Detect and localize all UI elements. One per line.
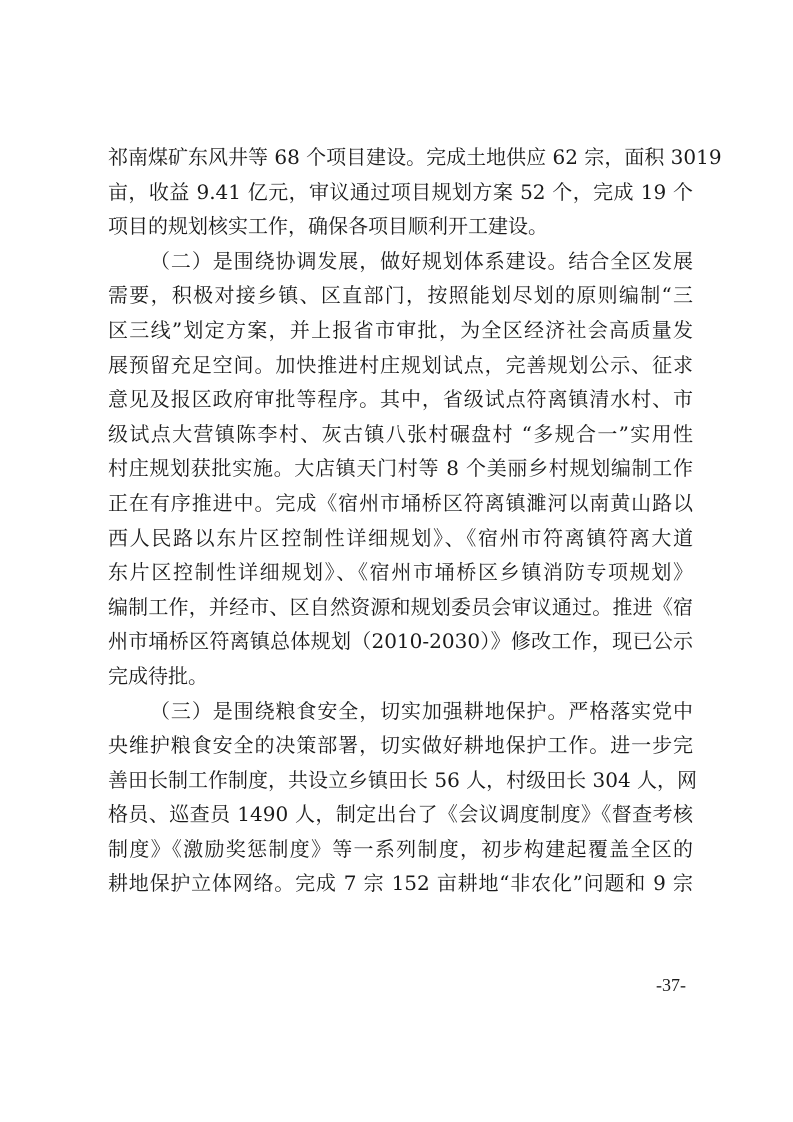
document-page: 祁南煤矿东风井等 68 个项目建设。完成土地供应 62 宗，面积 3019 亩，…: [0, 0, 793, 1122]
text-line: 区三线”划定方案，并上报省市审批，为全区经济社会高质量发: [108, 313, 693, 348]
text-line: 祁南煤矿东风井等 68 个项目建设。完成土地供应 62 宗，面积 3019: [108, 140, 693, 175]
text-line: 东片区控制性详细规划》、《宿州市埇桥区乡镇消防专项规划》: [108, 555, 693, 590]
section-heading-line: （二）是围绕协调发展，做好规划体系建设。结合全区发展: [108, 244, 693, 279]
text-line: 项目的规划核实工作，确保各项目顺利开工建设。: [108, 209, 693, 244]
text-line: 制度》《激励奖惩制度》等一系列制度，初步构建起覆盖全区的: [108, 832, 693, 867]
section-heading-line: （三）是围绕粮食安全，切实加强耕地保护。严格落实党中: [108, 694, 693, 729]
text-line: 展预留充足空间。加快推进村庄规划试点，完善规划公示、征求: [108, 348, 693, 383]
text-line: 村庄规划获批实施。大店镇天门村等 8 个美丽乡村规划编制工作: [108, 451, 693, 486]
text-line: 善田长制工作制度，共设立乡镇田长 56 人，村级田长 304 人，网: [108, 763, 693, 798]
text-line: 需要，积极对接乡镇、区直部门，按照能划尽划的原则编制“三: [108, 278, 693, 313]
page-number: -37-: [656, 975, 686, 996]
text-line: 级试点大营镇陈李村、灰古镇八张村碾盘村 “多规合一”实用性: [108, 417, 693, 452]
text-line: 意见及报区政府审批等程序。其中，省级试点符离镇清水村、市: [108, 382, 693, 417]
text-line: 央维护粮食安全的决策部署，切实做好耕地保护工作。进一步完: [108, 728, 693, 763]
text-line: 编制工作，并经市、区自然资源和规划委员会审议通过。推进《宿: [108, 590, 693, 625]
text-line: 正在有序推进中。完成《宿州市埇桥区符离镇濉河以南黄山路以: [108, 486, 693, 521]
body-text: 祁南煤矿东风井等 68 个项目建设。完成土地供应 62 宗，面积 3019 亩，…: [108, 140, 693, 901]
text-line: 西人民路以东片区控制性详细规划》、《宿州市符离镇符离大道: [108, 521, 693, 556]
text-line: 亩，收益 9.41 亿元，审议通过项目规划方案 52 个，完成 19 个: [108, 175, 693, 210]
text-line: 格员、巡查员 1490 人，制定出台了《会议调度制度》《督查考核: [108, 797, 693, 832]
text-line: 州市埇桥区符离镇总体规划（2010-2030）》修改工作，现已公示: [108, 624, 693, 659]
text-line: 耕地保护立体网络。完成 7 宗 152 亩耕地“非农化”问题和 9 宗: [108, 866, 693, 901]
text-line: 完成待批。: [108, 659, 693, 694]
